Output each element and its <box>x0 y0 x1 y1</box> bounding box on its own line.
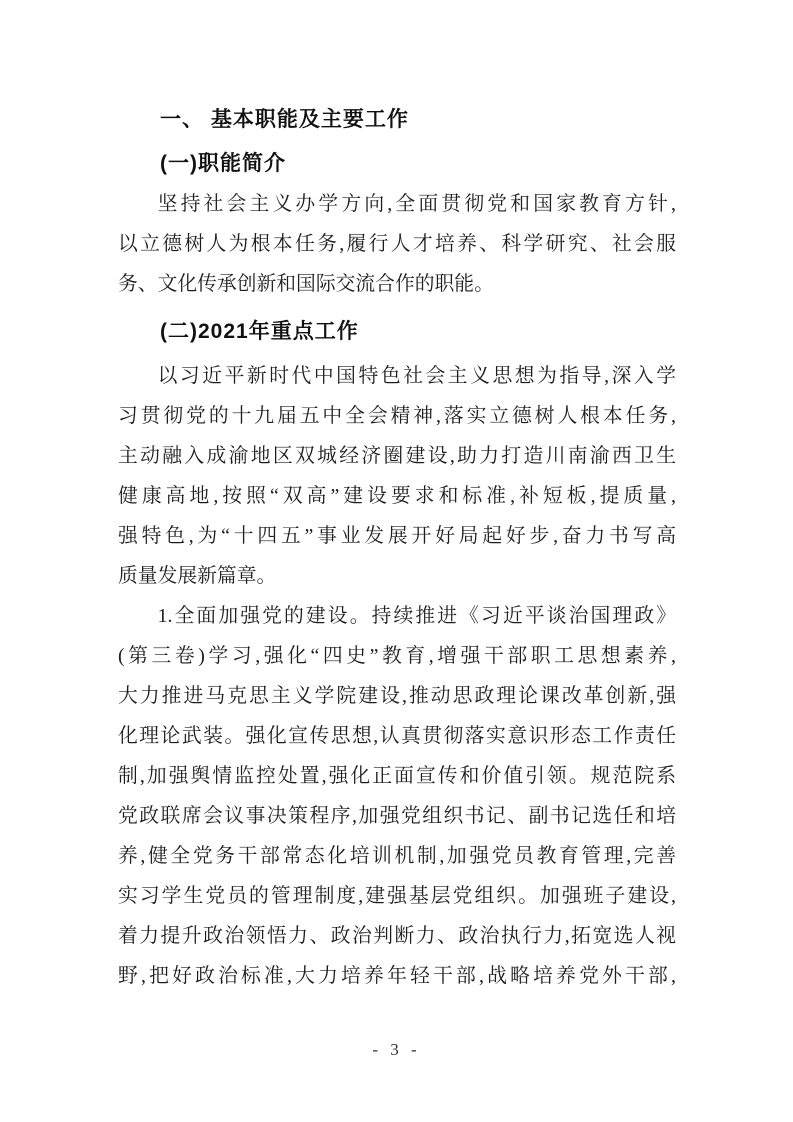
subsection-heading-functions: (一)职能简介 <box>118 144 676 184</box>
page-body: 一、 基本职能及主要工作 (一)职能简介 坚持社会主义办学方向,全面贯彻党和国家… <box>118 100 676 996</box>
subsection-heading-2021-work: (二)2021年重点工作 <box>118 312 676 352</box>
document-page: 一、 基本职能及主要工作 (一)职能简介 坚持社会主义办学方向,全面贯彻党和国家… <box>0 0 793 1122</box>
main-section-heading: 一、 基本职能及主要工作 <box>118 100 676 140</box>
paragraph-line: 健康高地,按照“双高”建设要求和标准,补短板,提质量, <box>118 476 676 516</box>
paragraph-line: 强特色,为“十四五”事业发展开好局起好步,奋力书写高 <box>118 516 676 556</box>
paragraph-guiding-ideology: 以习近平新时代中国特色社会主义思想为指导,深入学习贯彻党的十九届五中全会精神,落… <box>118 356 676 596</box>
paragraph-line: 以习近平新时代中国特色社会主义思想为指导,深入学 <box>118 356 676 396</box>
paragraph-line: 习贯彻党的十九届五中全会精神,落实立德树人根本任务, <box>118 396 676 436</box>
paragraph-line: 党政联席会议事决策程序,加强党组织书记、副书记选任和培 <box>118 796 676 836</box>
paragraph-line: 以立德树人为根本任务,履行人才培养、科学研究、社会服 <box>118 224 676 264</box>
paragraph-line: 野,把好政治标准,大力培养年轻干部,战略培养党外干部, <box>118 956 676 996</box>
paragraph-line: 化理论武装。强化宣传思想,认真贯彻落实意识形态工作责任 <box>118 716 676 756</box>
paragraph-line: 务、文化传承创新和国际交流合作的职能。 <box>118 264 676 304</box>
paragraph-line: 质量发展新篇章。 <box>118 556 676 596</box>
paragraph-line: 着力提升政治领悟力、政治判断力、政治执行力,拓宽选人视 <box>118 916 676 956</box>
paragraph-line: 制,加强舆情监控处置,强化正面宣传和价值引领。规范院系 <box>118 756 676 796</box>
paragraph-line: (第三卷)学习,强化“四史”教育,增强干部职工思想素养, <box>118 636 676 676</box>
paragraph-line: 实习学生党员的管理制度,建强基层党组织。加强班子建设, <box>118 876 676 916</box>
paragraph-functions-intro: 坚持社会主义办学方向,全面贯彻党和国家教育方针,以立德树人为根本任务,履行人才培… <box>118 184 676 304</box>
paragraph-party-building: 1.全面加强党的建设。持续推进《习近平谈治国理政》(第三卷)学习,强化“四史”教… <box>118 596 676 996</box>
paragraph-line: 大力推进马克思主义学院建设,推动思政理论课改革创新,强 <box>118 676 676 716</box>
paragraph-line: 养,健全党务干部常态化培训机制,加强党员教育管理,完善 <box>118 836 676 876</box>
paragraph-line: 主动融入成渝地区双城经济圈建设,助力打造川南渝西卫生 <box>118 436 676 476</box>
paragraph-line: 坚持社会主义办学方向,全面贯彻党和国家教育方针, <box>118 184 676 224</box>
page-number: - 3 - <box>0 1038 793 1062</box>
paragraph-line: 1.全面加强党的建设。持续推进《习近平谈治国理政》 <box>118 596 676 636</box>
